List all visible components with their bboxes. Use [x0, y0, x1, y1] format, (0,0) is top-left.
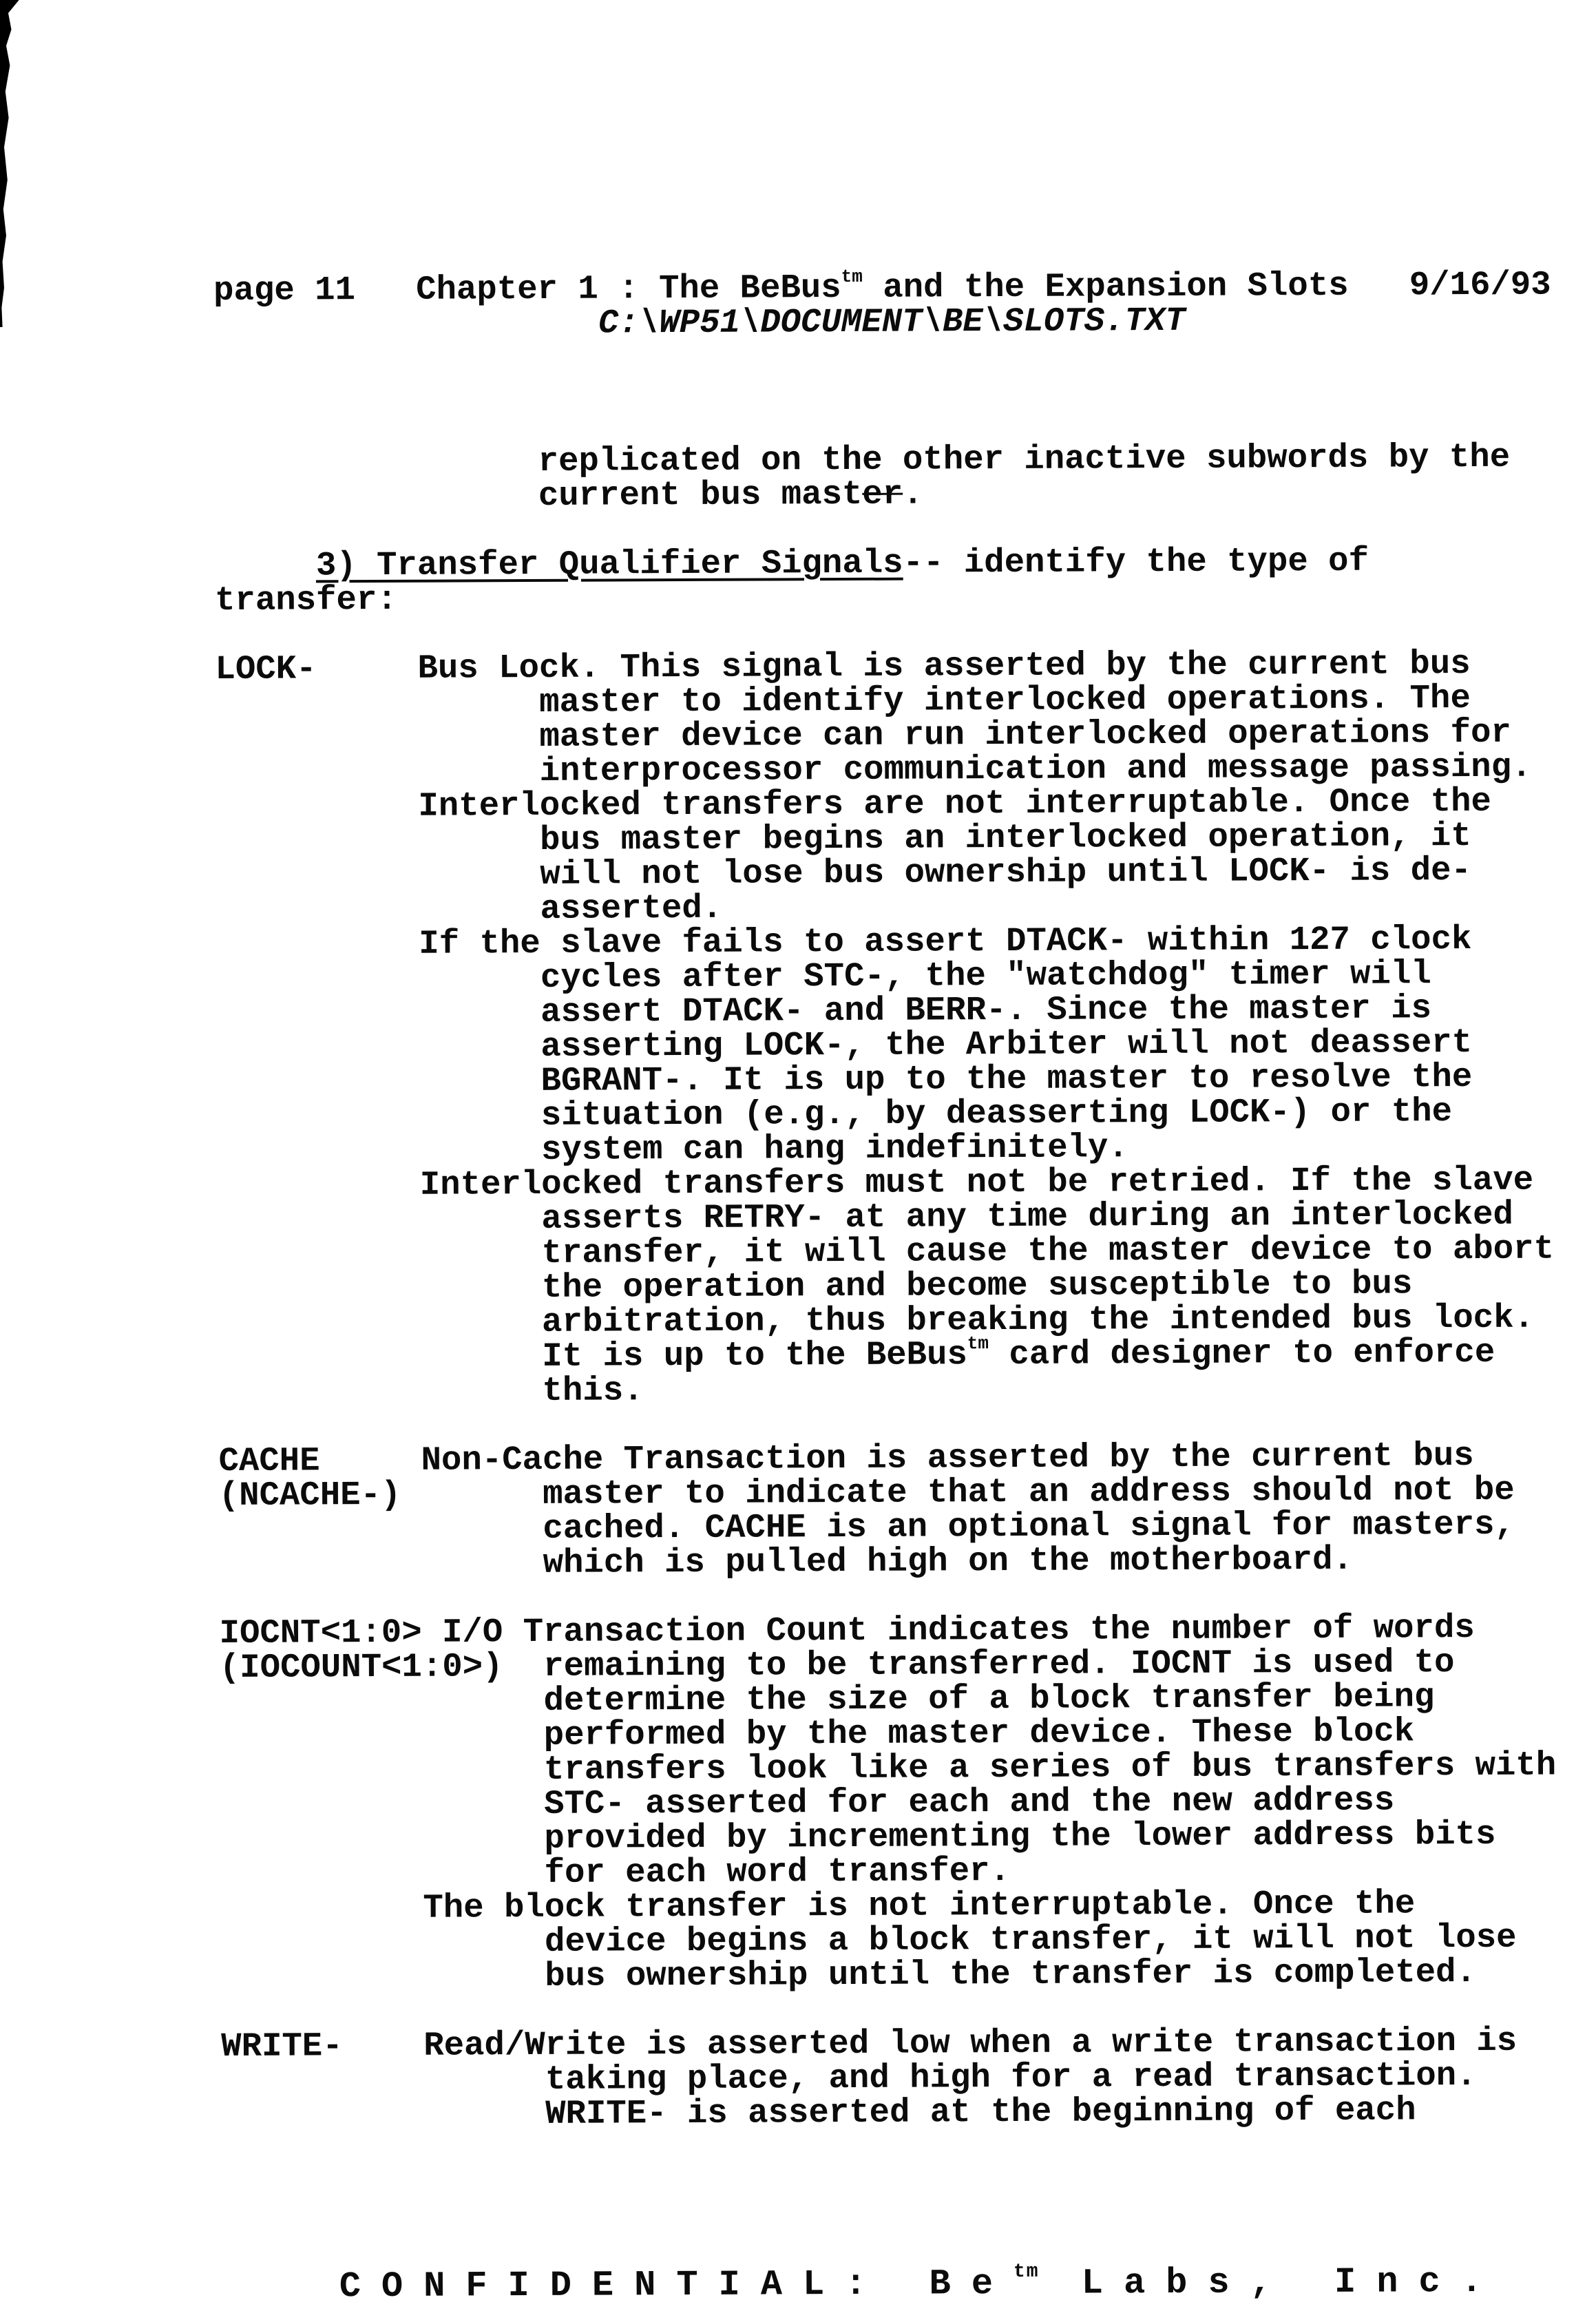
document-line	[222, 2161, 1560, 2201]
trademark-superscript: tm	[841, 266, 863, 287]
trademark-superscript: tm	[967, 1333, 989, 1354]
document-line: this.	[218, 1370, 1556, 1410]
file-path-line: C:\WP51\DOCUMENT\BE\SLOTS.TXT	[213, 302, 1551, 342]
document-line: provided by incrementing the lower addre…	[220, 1817, 1558, 1857]
document-line: cached. CACHE is an optional signal for …	[219, 1507, 1557, 1547]
document-line: WRITE- is asserted at the beginning of e…	[222, 2092, 1560, 2132]
document-line	[214, 371, 1552, 411]
document-line: bus ownership until the transfer is comp…	[221, 1955, 1559, 1995]
confidentiality-footer: CONFIDENTIAL: Betm Labs, Inc.	[339, 2264, 1560, 2304]
document-line: replicated on the other inactive subword…	[214, 440, 1552, 480]
section-heading: 3) Transfer Qualifier Signals-- identify…	[215, 543, 1553, 583]
scan-edge-artifact	[0, 0, 21, 327]
document-line: It is up to the BeBustm card designer to…	[218, 1335, 1556, 1375]
document-line: which is pulled high on the motherboard.	[219, 1542, 1557, 1582]
document-line: situation (e.g., by deasserting LOCK-) o…	[217, 1094, 1555, 1134]
document-line: current bus master.	[214, 474, 1552, 514]
document-line	[222, 2195, 1560, 2235]
header-line: page 11 Chapter 1 : The BeBustm and the …	[213, 268, 1551, 308]
document-lines: page 11 Chapter 1 : The BeBustm and the …	[213, 268, 1560, 2305]
scanned-document-page: page 11 Chapter 1 : The BeBustm and the …	[0, 0, 1596, 2311]
trademark-superscript: tm	[1014, 2261, 1040, 2283]
document-line: will not lose bus ownership until LOCK- …	[216, 853, 1554, 893]
